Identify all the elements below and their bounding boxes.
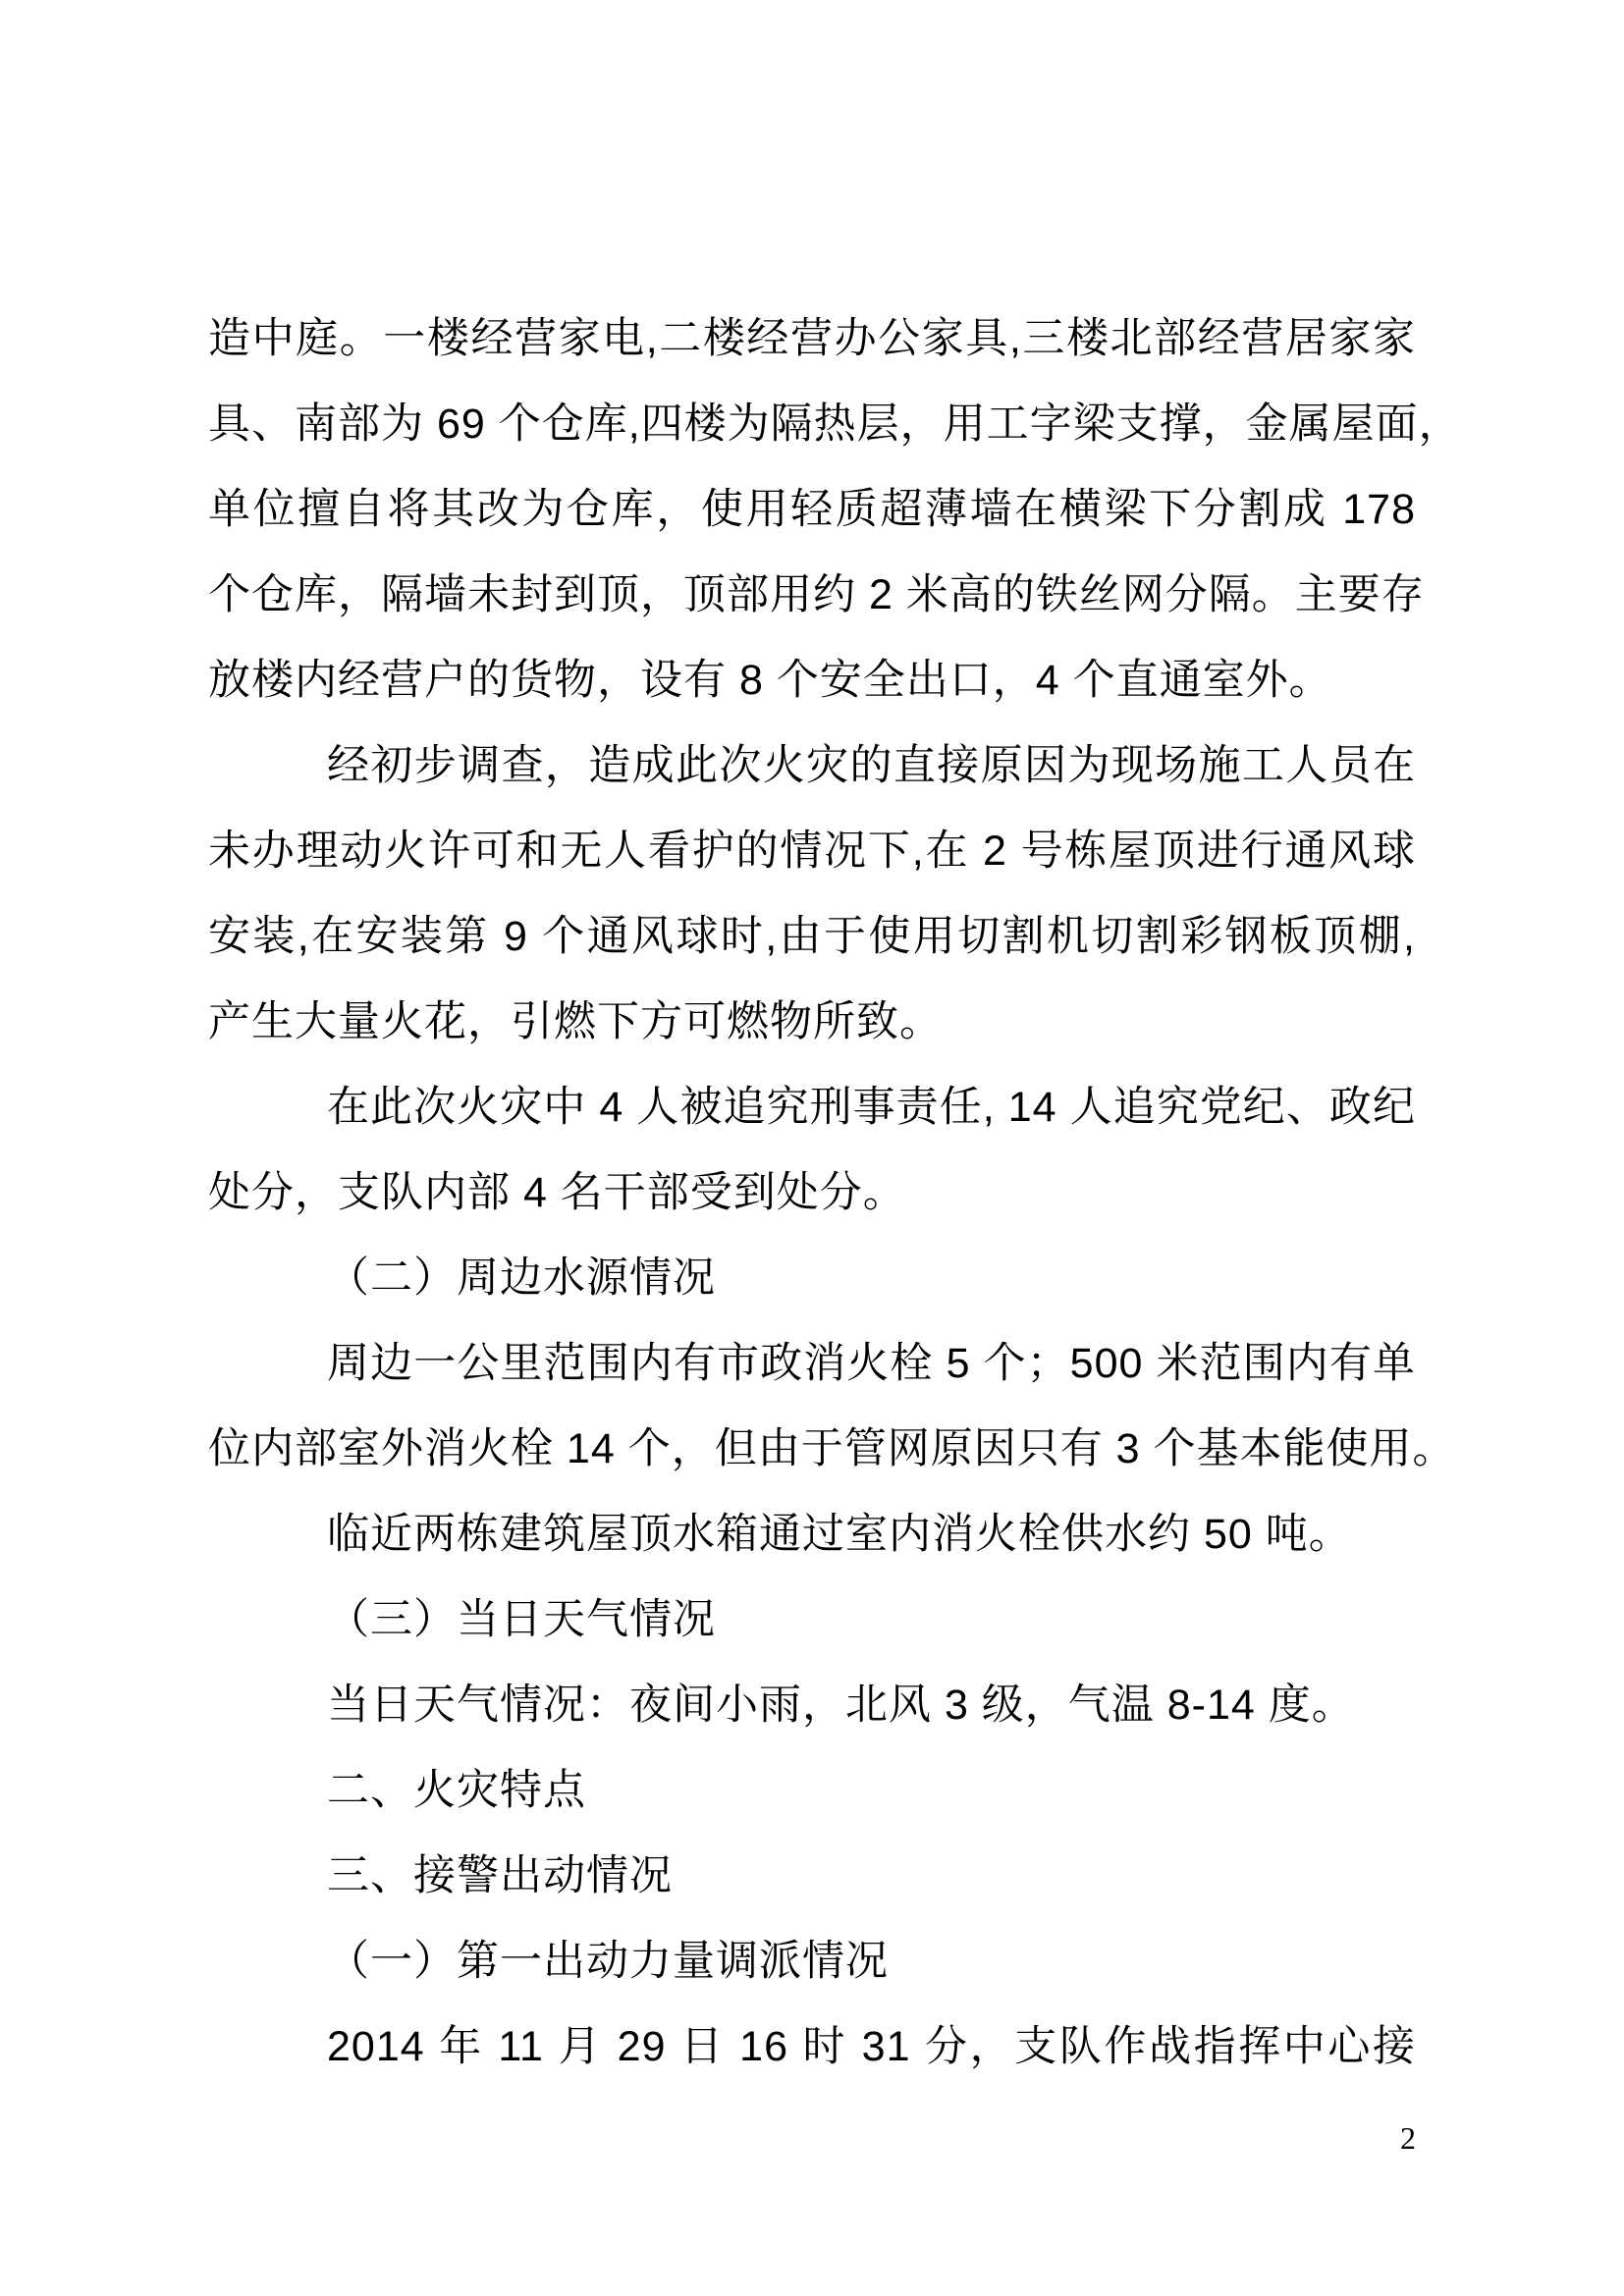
- text-line: 三、接警出动情况: [208, 1834, 1416, 1919]
- text-line: 二、火灾特点: [208, 1748, 1416, 1834]
- text-line: 位内部室外消火栓 14 个，但由于管网原因只有 3 个基本能使用。: [208, 1407, 1416, 1492]
- text-line: 周边一公里范围内有市政消火栓 5 个；500 米范围内有单: [208, 1321, 1416, 1407]
- text-line: （二）周边水源情况: [208, 1236, 1416, 1321]
- page-number: 2: [1400, 2120, 1416, 2156]
- text-line: （一）第一出动力量调派情况: [208, 1919, 1416, 2004]
- text-line: 产生大量火花，引燃下方可燃物所致。: [208, 980, 1416, 1065]
- text-line: 造中庭。一楼经营家电,二楼经营办公家具,三楼北部经营居家家: [208, 296, 1416, 382]
- document-text: 造中庭。一楼经营家电,二楼经营办公家具,三楼北部经营居家家具、南部为 69 个仓…: [208, 296, 1416, 2090]
- text-line: 个仓库，隔墙未封到顶，顶部用约 2 米高的铁丝网分隔。主要存: [208, 553, 1416, 638]
- text-line: 单位擅自将其改为仓库，使用轻质超薄墙在横梁下分割成 178: [208, 467, 1416, 553]
- text-line: 具、南部为 69 个仓库,四楼为隔热层，用工字梁支撑，金属屋面，: [208, 382, 1416, 467]
- text-line: 未办理动火许可和无人看护的情况下,在 2 号栋屋顶进行通风球: [208, 809, 1416, 894]
- text-line: 经初步调查，造成此次火灾的直接原因为现场施工人员在: [208, 723, 1416, 809]
- text-line: 在此次火灾中 4 人被追究刑事责任, 14 人追究党纪、政纪: [208, 1065, 1416, 1150]
- text-line: （三）当日天气情况: [208, 1577, 1416, 1663]
- text-line: 2014 年 11 月 29 日 16 时 31 分，支队作战指挥中心接: [208, 2004, 1416, 2090]
- text-line: 处分，支队内部 4 名干部受到处分。: [208, 1150, 1416, 1236]
- text-line: 安装,在安装第 9 个通风球时,由于使用切割机切割彩钢板顶棚,: [208, 894, 1416, 980]
- text-line: 临近两栋建筑屋顶水箱通过室内消火栓供水约 50 吨。: [208, 1492, 1416, 1577]
- text-line: 放楼内经营户的货物，设有 8 个安全出口，4 个直通室外。: [208, 638, 1416, 723]
- text-line: 当日天气情况：夜间小雨，北风 3 级，气温 8-14 度。: [208, 1663, 1416, 1748]
- document-page: 造中庭。一楼经营家电,二楼经营办公家具,三楼北部经营居家家具、南部为 69 个仓…: [0, 0, 1624, 2296]
